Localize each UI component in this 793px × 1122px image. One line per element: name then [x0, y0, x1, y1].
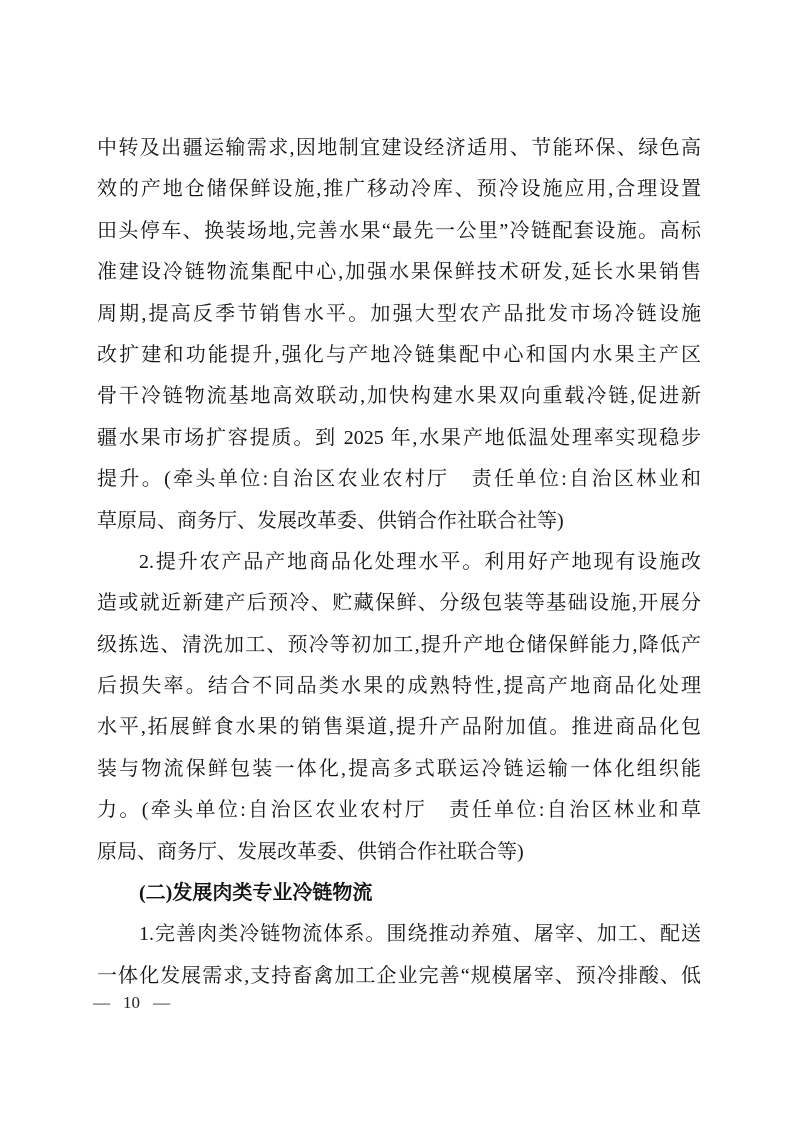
- text-line: 一体化发展需求,支持畜禽加工企业完善“规模屠宰、预冷排酸、低: [97, 956, 701, 997]
- page-number: 10: [123, 993, 140, 1013]
- text-line: 草原局、商务厅、发展改革委、供销合作社联合社等): [97, 501, 701, 542]
- text-line: 骨干冷链物流基地高效联动,加快构建水果双向重载冷链,促进新: [97, 376, 701, 417]
- footer-dash-right: —: [153, 993, 170, 1013]
- page-content: 中转及出疆运输需求,因地制宜建设经济适用、节能环保、绿色高 效的产地仓储保鲜设施…: [97, 128, 701, 997]
- paragraph-item1-meat-cold-chain: 1.完善肉类冷链物流体系。围绕推动养殖、屠宰、加工、配送 一体化发展需求,支持畜…: [97, 914, 701, 997]
- text-line: 1.完善肉类冷链物流体系。围绕推动养殖、屠宰、加工、配送: [97, 914, 701, 955]
- paragraph-item2-commercial-processing: 2.提升农产品产地商品化处理水平。利用好产地现有设施改 造或就近新建产后预冷、贮…: [97, 542, 701, 873]
- section-heading-line: (二)发展肉类专业冷链物流: [97, 873, 701, 914]
- text-line: 疆水果市场扩容提质。到 2025 年,水果产地低温处理率实现稳步: [97, 418, 701, 459]
- text-line: 装与物流保鲜包装一体化,提高多式联运冷链运输一体化组织能: [97, 749, 701, 790]
- paragraph-fruit-cold-chain: 中转及出疆运输需求,因地制宜建设经济适用、节能环保、绿色高 效的产地仓储保鲜设施…: [97, 128, 701, 542]
- text-line: 提升。(牵头单位:自治区农业农村厅 责任单位:自治区林业和: [97, 459, 701, 500]
- page-footer: — 10 —: [93, 991, 170, 1015]
- text-line: 水平,拓展鲜食水果的销售渠道,提升产品附加值。推进商品化包: [97, 707, 701, 748]
- text-line: 2.提升农产品产地商品化处理水平。利用好产地现有设施改: [97, 542, 701, 583]
- document-page: 中转及出疆运输需求,因地制宜建设经济适用、节能环保、绿色高 效的产地仓储保鲜设施…: [0, 0, 793, 1122]
- section-heading-meat-cold-chain: (二)发展肉类专业冷链物流: [97, 873, 701, 914]
- text-line: 力。(牵头单位:自治区农业农村厅 责任单位:自治区林业和草: [97, 790, 701, 831]
- footer-dash-left: —: [93, 993, 110, 1013]
- text-line: 后损失率。结合不同品类水果的成熟特性,提高产地商品化处理: [97, 666, 701, 707]
- text-line: 效的产地仓储保鲜设施,推广移动冷库、预冷设施应用,合理设置: [97, 169, 701, 210]
- text-line: 周期,提高反季节销售水平。加强大型农产品批发市场冷链设施: [97, 294, 701, 335]
- text-line: 造或就近新建产后预冷、贮藏保鲜、分级包装等基础设施,开展分: [97, 583, 701, 624]
- text-line: 改扩建和功能提升,强化与产地冷链集配中心和国内水果主产区: [97, 335, 701, 376]
- text-line: 准建设冷链物流集配中心,加强水果保鲜技术研发,延长水果销售: [97, 252, 701, 293]
- text-line: 中转及出疆运输需求,因地制宜建设经济适用、节能环保、绿色高: [97, 128, 701, 169]
- text-line: 田头停车、换装场地,完善水果“最先一公里”冷链配套设施。高标: [97, 211, 701, 252]
- text-line: 级拣选、清洗加工、预冷等初加工,提升产地仓储保鲜能力,降低产: [97, 625, 701, 666]
- text-line: 原局、商务厅、发展改革委、供销合作社联合等): [97, 832, 701, 873]
